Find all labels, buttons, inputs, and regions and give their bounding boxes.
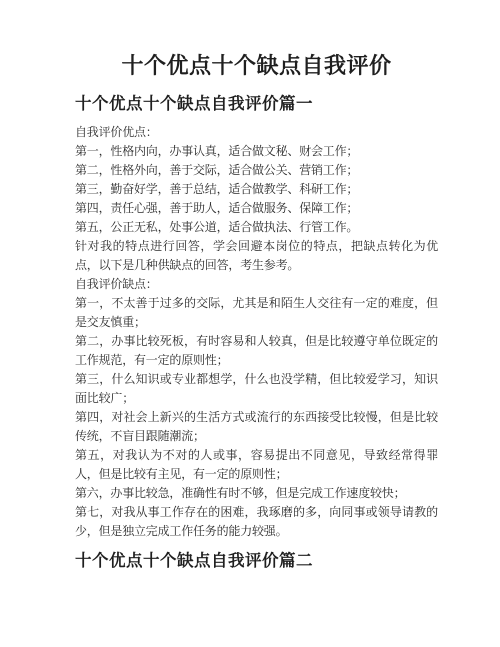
disadvantages-label: 自我评价缺点： [75,275,438,294]
section-two-heading: 十个优点十个缺点自我评价篇二 [75,548,438,573]
disadvantage-item-4: 第四，对社会上新兴的生活方式或流行的东西接受比较慢，但是比较传统，不盲目跟随潮流… [75,408,438,446]
document-title: 十个优点十个缺点自我评价 [75,50,438,81]
advantages-label: 自我评价优点： [75,123,438,142]
advantage-item-4: 第四，责任心强，善于助人，适合做服务、保障工作； [75,199,438,218]
disadvantage-item-7: 第七，对我从事工作存在的困难，我琢磨的多，向同事或领导请教的少，但是独立完成工作… [75,503,438,541]
transition-paragraph: 针对我的特点进行回答，学会回避本岗位的特点，把缺点转化为优点，以下是几种供缺点的… [75,237,438,275]
advantage-item-3: 第三，勤奋好学，善于总结，适合做教学、科研工作； [75,180,438,199]
document-page: 十个优点十个缺点自我评价 十个优点十个缺点自我评价篇一 自我评价优点： 第一，性… [0,0,500,647]
advantage-item-5: 第五，公正无私，处事公道，适合做执法、行管工作。 [75,218,438,237]
disadvantage-item-2: 第二，办事比较死板，有时容易和人较真，但是比较遵守单位既定的工作规范，有一定的原… [75,332,438,370]
advantage-item-1: 第一，性格内向，办事认真，适合做文秘、财会工作； [75,142,438,161]
disadvantage-item-3: 第三，什么知识或专业都想学，什么也没学精，但比较爱学习，知识面比较广； [75,370,438,408]
disadvantage-item-1: 第一，不太善于过多的交际，尤其是和陌生人交往有一定的难度，但是交友慎重； [75,294,438,332]
disadvantage-item-5: 第五，对我认为不对的人或事，容易提出不同意见，导致经常得罪人，但是比较有主见，有… [75,446,438,484]
advantage-item-2: 第二，性格外向，善于交际，适合做公关、营销工作； [75,161,438,180]
disadvantage-item-6: 第六，办事比较急，准确性有时不够，但是完成工作速度较快； [75,484,438,503]
section-one-heading: 十个优点十个缺点自我评价篇一 [75,91,438,116]
